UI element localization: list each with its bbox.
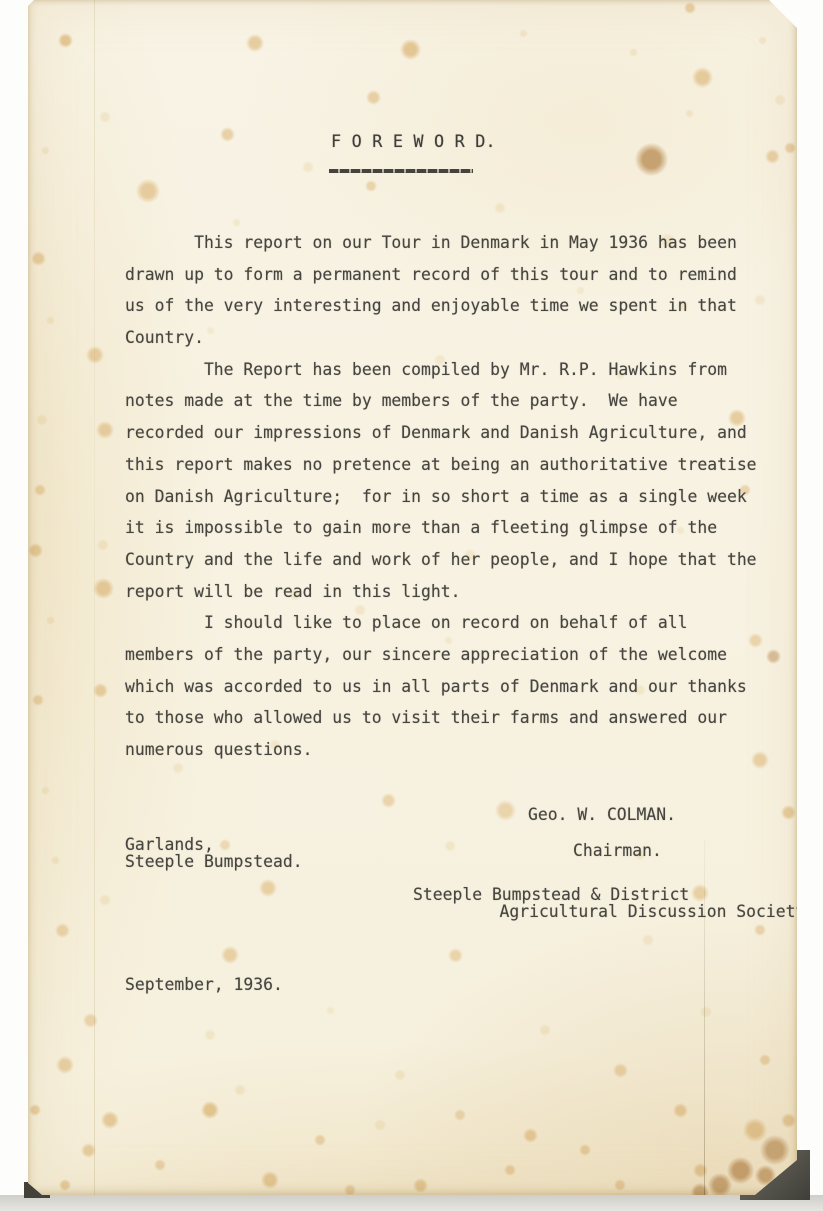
text-line: recorded our impressions of Denmark and … [125, 417, 757, 449]
text-line: notes made at the time by members of the… [125, 385, 757, 417]
document-page: F O R E W O R D. This report on our Tour… [28, 0, 797, 1195]
text-line: to those who allowed us to visit their f… [125, 702, 757, 734]
foreword-body: This report on our Tour in Denmark in Ma… [125, 227, 757, 766]
text-line: Country and the life and work of her peo… [125, 544, 757, 576]
signature-org-line1: Steeple Bumpstead & District [413, 886, 689, 903]
scan-background: F O R E W O R D. This report on our Tour… [0, 0, 823, 1211]
text-line: members of the party, our sincere apprec… [125, 639, 757, 671]
scanner-edge-strip [0, 1195, 823, 1211]
text-line: Country. [125, 322, 757, 354]
text-line: report will be read in this light. [125, 576, 757, 608]
text-line: it is impossible to gain more than a fle… [125, 512, 757, 544]
signature-name: Geo. W. COLMAN. [528, 806, 676, 823]
text-line: This report on our Tour in Denmark in Ma… [125, 227, 757, 259]
signature-address-line2: Steeple Bumpstead. [125, 853, 303, 870]
text-line: us of the very interesting and enjoyable… [125, 290, 757, 322]
signature-role: Chairman. [573, 842, 662, 859]
page-content: F O R E W O R D. This report on our Tour… [28, 0, 797, 1195]
text-line: on Danish Agriculture; for in so short a… [125, 481, 757, 513]
text-line: I should like to place on record on beha… [125, 607, 757, 639]
page-title: F O R E W O R D. [331, 132, 496, 151]
text-line: drawn up to form a permanent record of t… [125, 259, 757, 291]
text-line: which was accorded to us in all parts of… [125, 671, 757, 703]
title-underline [329, 169, 473, 173]
text-line: this report makes no pretence at being a… [125, 449, 757, 481]
signature-address-line1: Garlands, [125, 836, 214, 853]
signature-org-line2: Agricultural Discussion Society. [460, 903, 815, 920]
text-line: The Report has been compiled by Mr. R.P.… [125, 354, 757, 386]
text-line: numerous questions. [125, 734, 757, 766]
signature-date: September, 1936. [125, 976, 283, 993]
